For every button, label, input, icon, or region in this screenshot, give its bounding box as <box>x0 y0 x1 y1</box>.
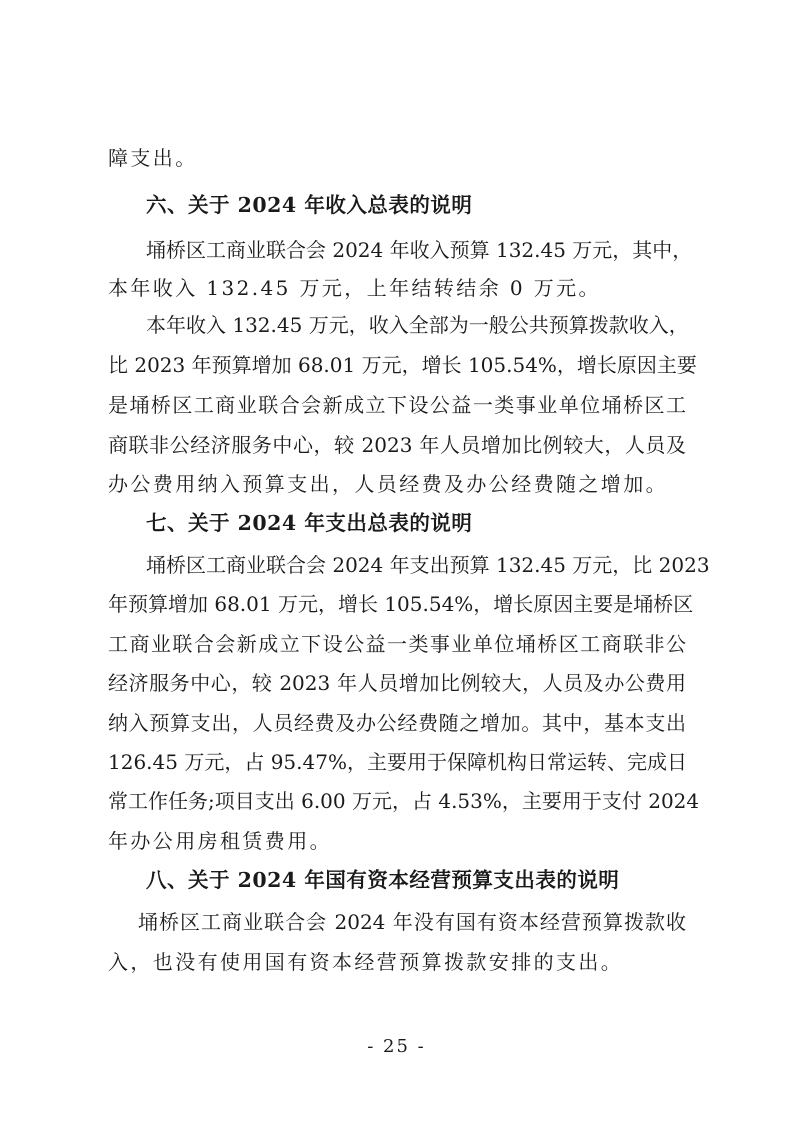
section-heading: 七、关于 2024 年支出总表的说明 <box>146 511 686 535</box>
body-text-line: 年预算增加 68.01 万元，增长 105.54%，增长原因主要是埇桥区 <box>108 592 686 616</box>
body-text-line: 埇桥区工商业联合会 2024 年支出预算 132.45 万元，比 2023 <box>146 553 686 577</box>
body-text-line: 本年收入 132.45 万元，收入全部为一般公共预算拨款收入， <box>146 313 686 337</box>
page-number: - 25 - <box>0 1036 793 1057</box>
body-text-line: 本年收入 132.45 万元，上年结转结余 0 万元。 <box>108 276 686 300</box>
section-heading: 六、关于 2024 年收入总表的说明 <box>146 193 686 217</box>
body-text-line: 工商业联合会新成立下设公益一类事业单位埇桥区工商联非公 <box>108 632 686 656</box>
body-text-line: 办公费用纳入预算支出，人员经费及办公经费随之增加。 <box>108 472 686 496</box>
body-text-line: 年办公用房租赁费用。 <box>108 829 686 853</box>
body-text-line: 埇桥区工商业联合会 2024 年没有国有资本经营预算拨款收 <box>138 910 686 934</box>
body-text-line: 比 2023 年预算增加 68.01 万元，增长 105.54%，增长原因主要 <box>108 353 686 377</box>
body-text-line: 商联非公经济服务中心，较 2023 年人员增加比例较大，人员及 <box>108 433 686 457</box>
body-text-line: 入，也没有使用国有资本经营预算拨款安排的支出。 <box>108 950 686 974</box>
body-text-line: 是埇桥区工商业联合会新成立下设公益一类事业单位埇桥区工 <box>108 393 686 417</box>
body-text-line: 埇桥区工商业联合会 2024 年收入预算 132.45 万元，其中， <box>146 238 686 262</box>
body-text-line: 障支出。 <box>108 146 686 170</box>
section-heading: 八、关于 2024 年国有资本经营预算支出表的说明 <box>146 868 686 892</box>
body-text-line: 经济服务中心，较 2023 年人员增加比例较大，人员及办公费用 <box>108 671 686 695</box>
body-text-line: 常工作任务;项目支出 6.00 万元，占 4.53%，主要用于支付 2024 <box>108 789 686 813</box>
body-text-line: 纳入预算支出，人员经费及办公经费随之增加。其中，基本支出 <box>108 711 686 735</box>
body-text-line: 126.45 万元，占 95.47%，主要用于保障机构日常运转、完成日 <box>108 750 686 774</box>
